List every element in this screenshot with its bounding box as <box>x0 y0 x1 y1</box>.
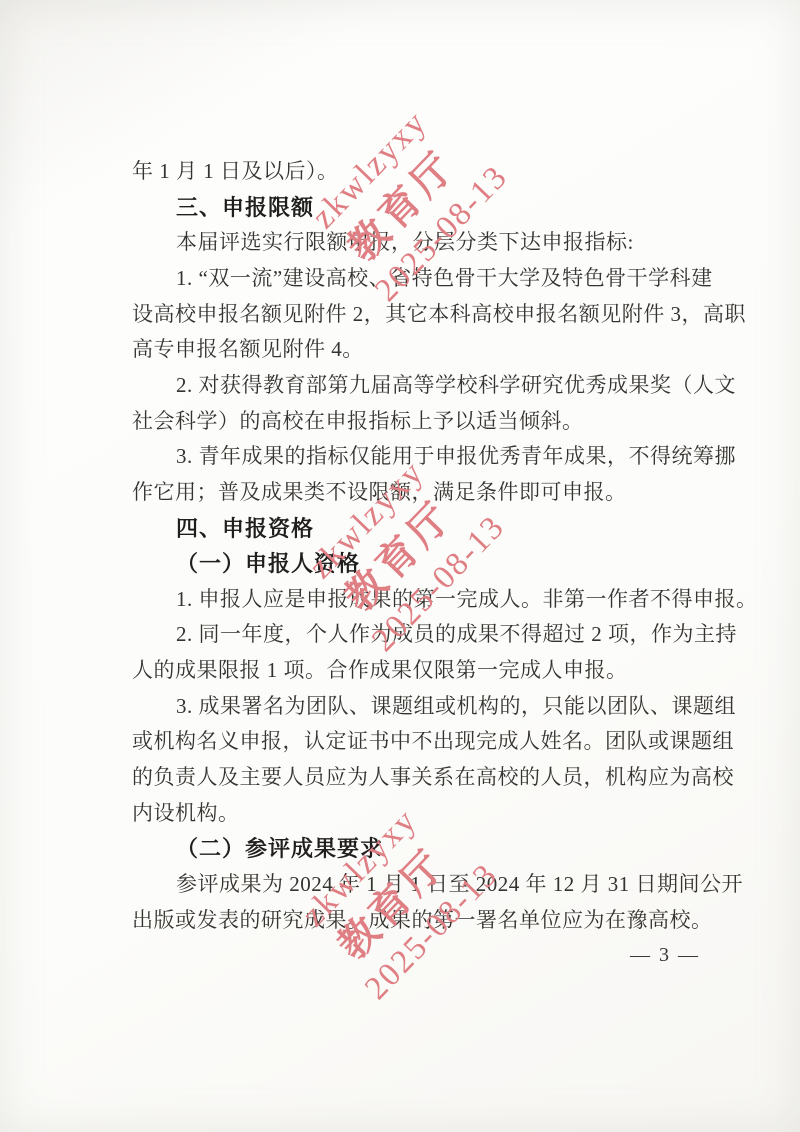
text-line: 年 1 月 1 日及以后）。 <box>132 158 339 185</box>
text-line: 高专申报名额见附件 4。 <box>132 336 364 363</box>
text-line: 2. 同一年度，个人作为成员的成果不得超过 2 项，作为主持 <box>132 621 737 648</box>
document-page: 年 1 月 1 日及以后）。三、申报限额本届评选实行限额申报，分层分类下达申报指… <box>0 0 800 1132</box>
text-line: 设高校申报名额见附件 2，其它本科高校申报名额见附件 3，高职 <box>132 301 746 328</box>
text-line: 的负责人及主要人员应为人事关系在高校的人员，机构应为高校 <box>132 764 734 791</box>
text-line: 3. 成果署名为团队、课题组或机构的，只能以团队、课题组 <box>132 693 736 720</box>
text-line: 社会科学）的高校在申报指标上予以适当倾斜。 <box>132 408 584 435</box>
section-heading: 三、申报限额 <box>132 194 314 221</box>
text-line: 内设机构。 <box>132 800 240 827</box>
text-line: 或机构名义申报，认定证书中不出现完成人姓名。团队或课题组 <box>132 728 734 755</box>
text-line: 2. 对获得教育部第九届高等学校科学研究优秀成果奖（人文 <box>132 372 736 399</box>
text-line: 人的成果限报 1 项。合作成果仅限第一完成人申报。 <box>132 657 628 684</box>
text-line: 3. 青年成果的指标仅能用于申报优秀青年成果，不得统筹挪 <box>132 443 736 470</box>
section-heading: 四、申报资格 <box>132 515 314 542</box>
